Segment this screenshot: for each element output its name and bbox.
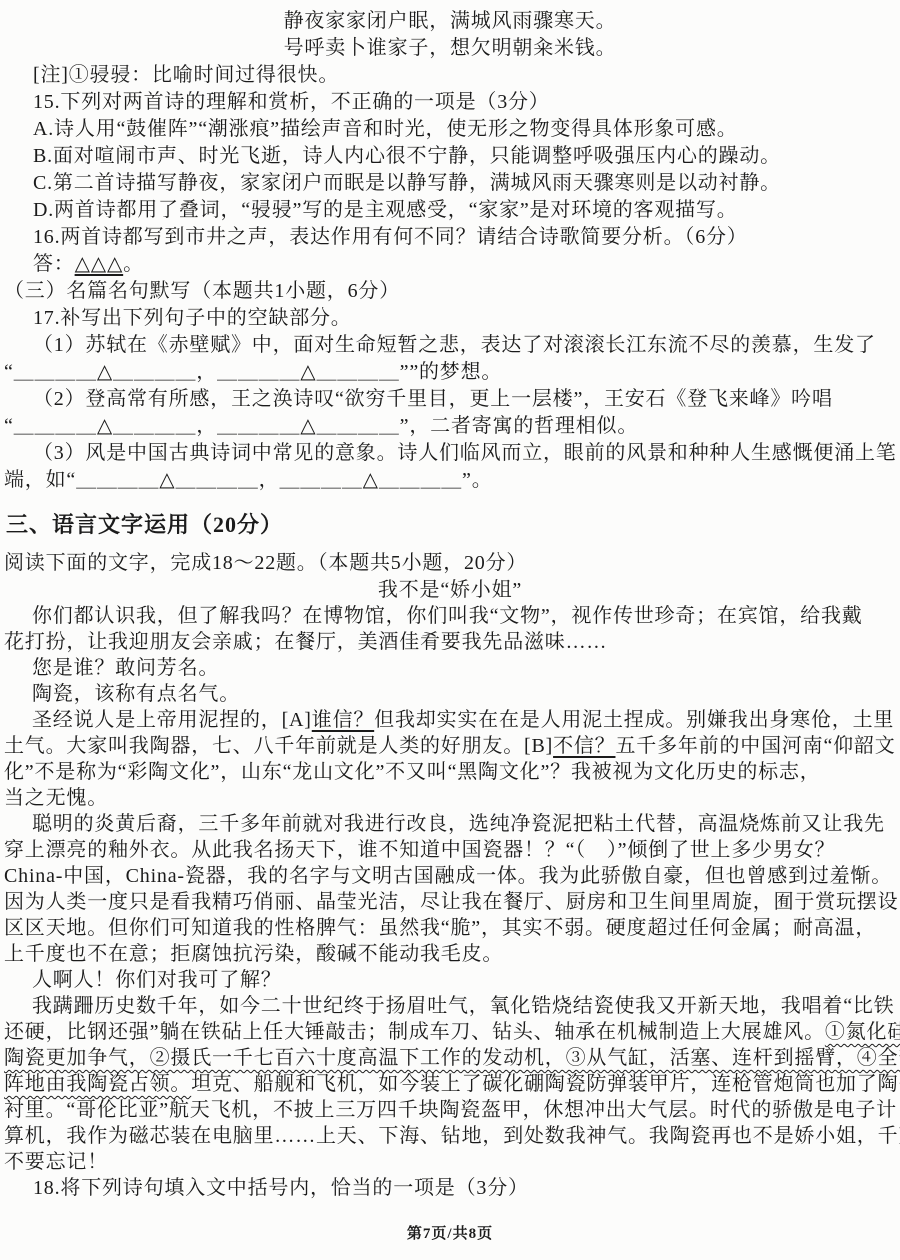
essay-line-15: 人啊人！你们对我可了解？ [0, 967, 900, 993]
essay-line-19-wavy-underlined: 阵地由我陶瓷占领。 [4, 1073, 191, 1095]
essay-line-4: 陶瓷，该称有点名气。 [0, 681, 900, 707]
q18-stem: 18.将下列诗句填入文中括号内，恰当的一项是（3分） [0, 1175, 900, 1201]
essay-line-20: 衬里。“哥伦比亚”航天飞机，不披上三万四千块陶瓷盔甲，休想冲出大气层。时代的骄傲… [0, 1097, 900, 1123]
essay-line-17-wavy-underlined: ①氮化硅 [825, 1021, 900, 1043]
essay-line-19-post: 坦克、船舰和飞机，如今装上了碳化硼陶瓷防弹装甲片，连枪管炮筒也加了陶瓷 [191, 1073, 900, 1095]
essay-line-13: 区区天地。但你们可知道我的性格脾气：虽然我“脆”，其实不弱。硬度超过任何金属；耐… [0, 915, 900, 941]
reading-intro: 阅读下面的文字，完成18～22题。（本题共5小题，20分） [0, 550, 900, 577]
essay-line-2: 花打扮，让我迎朋友会亲戚；在餐厅，美酒佳肴要我先品滋味…… [0, 629, 900, 655]
essay-line-5-pre: 圣经说人是上帝用泥捏的，[A] [32, 709, 312, 731]
q15-option-d: D.两首诗都用了叠词，“骎骎”写的是主观感受，“家家”是对环境的客观描写。 [0, 197, 900, 224]
q17-item1-blanks: “＿＿＿＿△＿＿＿＿，＿＿＿＿△＿＿＿＿””的梦想。 [0, 359, 900, 386]
essay-line-11: China-中国，China-瓷器，我的名字与文明古国融成一体。我为此骄傲自豪，… [0, 863, 900, 889]
q17-item3-line1: （3）风是中国古典诗词中常见的意象。诗人们临风而立，眼前的风景和种种人生感慨便涌… [0, 440, 900, 467]
page-footer: 第7页/共8页 [0, 1222, 900, 1243]
essay-line-16: 我蹒跚历史数千年，如今二十世纪终于扬眉吐气，氧化锆烧结瓷使我又开新天地，我唱着“… [0, 993, 900, 1019]
essay-line-5-underlined: 谁信？ [312, 709, 374, 731]
q16-stem: 16.两首诗都写到市井之声，表达作用有何不同？请结合诗歌简要分析。（6分） [0, 224, 900, 251]
essay-line-7: 化”不是称为“彩陶文化”，山东“龙山文化”不又叫“黑陶文化”？我被视为文化历史的… [0, 759, 900, 785]
q15-option-c: C.第二首诗描写静夜，家家闭户而眠是以静写静，满城风雨天骤寒则是以动衬静。 [0, 170, 900, 197]
q15-option-a: A.诗人用“鼓催阵”“潮涨痕”描绘声音和时光，使无形之物变得具体形象可感。 [0, 116, 900, 143]
q16-answer-blank: △△△ [75, 253, 124, 275]
q16-answer-prefix: 答： [33, 253, 75, 275]
part3-heading: 三、语言文字运用（20分） [0, 510, 900, 540]
essay-line-19: 阵地由我陶瓷占领。坦克、船舰和飞机，如今装上了碳化硼陶瓷防弹装甲片，连枪管炮筒也… [0, 1071, 900, 1097]
q17-item2-blanks: “＿＿＿＿△＿＿＿＿，＿＿＿＿△＿＿＿＿”，二者寄寓的哲理相似。 [0, 413, 900, 440]
essay-line-10: 穿上漂亮的釉外衣。从此我名扬天下，谁不知道中国瓷器！？“（ ）”倾倒了世上多少男… [0, 837, 900, 863]
poem-line-2: 号呼卖卜谁家子，想欠明朝籴米钱。 [0, 35, 900, 62]
q15-option-b: B.面对喧闹市声、时光飞逝，诗人内心很不宁静，只能调整呼吸强压内心的躁动。 [0, 143, 900, 170]
essay-line-18: 陶瓷更加争气，②摄氏一千七百六十度高温下工作的发动机，③从气缸，活塞、连杆到摇臂… [0, 1045, 900, 1071]
essay-line-21: 算机，我作为磁芯装在电脑里……上天、下海、钻地，到处数我神气。我陶瓷再也不是娇小… [0, 1123, 900, 1149]
section3-heading: （三）名篇名句默写（本题共1小题，6分） [0, 278, 900, 305]
q17-item1-line1: （1）苏轼在《赤壁赋》中，面对生命短暂之悲，表达了对滚滚长江东流不尽的羡慕，生发… [0, 332, 900, 359]
q16-answer-line: 答：△△△。 [0, 251, 900, 278]
essay-line-6-post: 五千多年前的中国河南“仰韶文 [615, 735, 895, 757]
exam-page: 静夜家家闭户眠，满城风雨骤寒天。 号呼卖卜谁家子，想欠明朝籴米钱。 [注]①骎骎… [0, 0, 900, 1260]
q17-stem: 17.补写出下列句子中的空缺部分。 [0, 305, 900, 332]
poem-line-1: 静夜家家闭户眠，满城风雨骤寒天。 [0, 8, 900, 35]
essay-line-6: 土气。大家叫我陶器，七、八千年前就是人类的好朋友。[B]不信？五千多年前的中国河… [0, 733, 900, 759]
poem-note: [注]①骎骎：比喻时间过得很快。 [0, 62, 900, 89]
q17-item2-line1: （2）登高常有所感，王之涣诗叹“欲穷千里目，更上一层楼”，王安石《登飞来峰》吟唱 [0, 386, 900, 413]
essay-line-5: 圣经说人是上帝用泥捏的，[A]谁信？但我却实实在在是人用泥土捏成。别嫌我出身寒伧… [0, 707, 900, 733]
page-content: 静夜家家闭户眠，满城风雨骤寒天。 号呼卖卜谁家子，想欠明朝籴米钱。 [注]①骎骎… [0, 0, 900, 1201]
essay-line-17-pre: 还硬，比钢还强”躺在铁砧上任大锤敲击；制成车刀、钻头、轴承在机械制造上大展雄风。 [4, 1021, 825, 1043]
essay-line-9: 聪明的炎黄后裔，三千多年前就对我进行改良，选纯净瓷泥把粘土代替，高温烧炼前又让我… [0, 811, 900, 837]
essay-line-18-wavy-underlined: 陶瓷更加争气，②摄氏一千七百六十度高温下工作的发动机，③从气缸，活塞、连杆到摇臂… [4, 1047, 900, 1069]
q17-item3-blanks: 端，如“＿＿＿＿△＿＿＿＿，＿＿＿＿△＿＿＿＿”。 [0, 467, 900, 494]
essay-title: 我不是“娇小姐” [0, 577, 900, 603]
essay-line-5-post: 但我却实实在在是人用泥土捏成。别嫌我出身寒伧，土里 [374, 709, 894, 731]
q15-stem: 15.下列对两首诗的理解和赏析，不正确的一项是（3分） [0, 89, 900, 116]
q16-answer-suffix: 。 [123, 253, 144, 275]
essay-line-12: 因为人类一度只是看我精巧俏丽、晶莹光洁，尽让我在餐厅、厨房和卫生间里周旋，囿于赏… [0, 889, 900, 915]
essay-line-17: 还硬，比钢还强”躺在铁砧上任大锤敲击；制成车刀、钻头、轴承在机械制造上大展雄风。… [0, 1019, 900, 1045]
essay-line-3: 您是谁？敢问芳名。 [0, 655, 900, 681]
essay-line-14: 上千度也不在意；拒腐蚀抗污染，酸碱不能动我毛皮。 [0, 941, 900, 967]
essay-line-6-pre: 土气。大家叫我陶器，七、八千年前就是人类的好朋友。[B] [4, 735, 553, 757]
essay-line-1: 你们都认识我，但了解我吗？在博物馆，你们叫我“文物”，视作传世珍奇；在宾馆，给我… [0, 603, 900, 629]
essay-line-22: 不要忘记！ [0, 1149, 900, 1175]
essay-line-8: 当之无愧。 [0, 785, 900, 811]
essay-line-6-underlined: 不信？ [553, 735, 615, 757]
